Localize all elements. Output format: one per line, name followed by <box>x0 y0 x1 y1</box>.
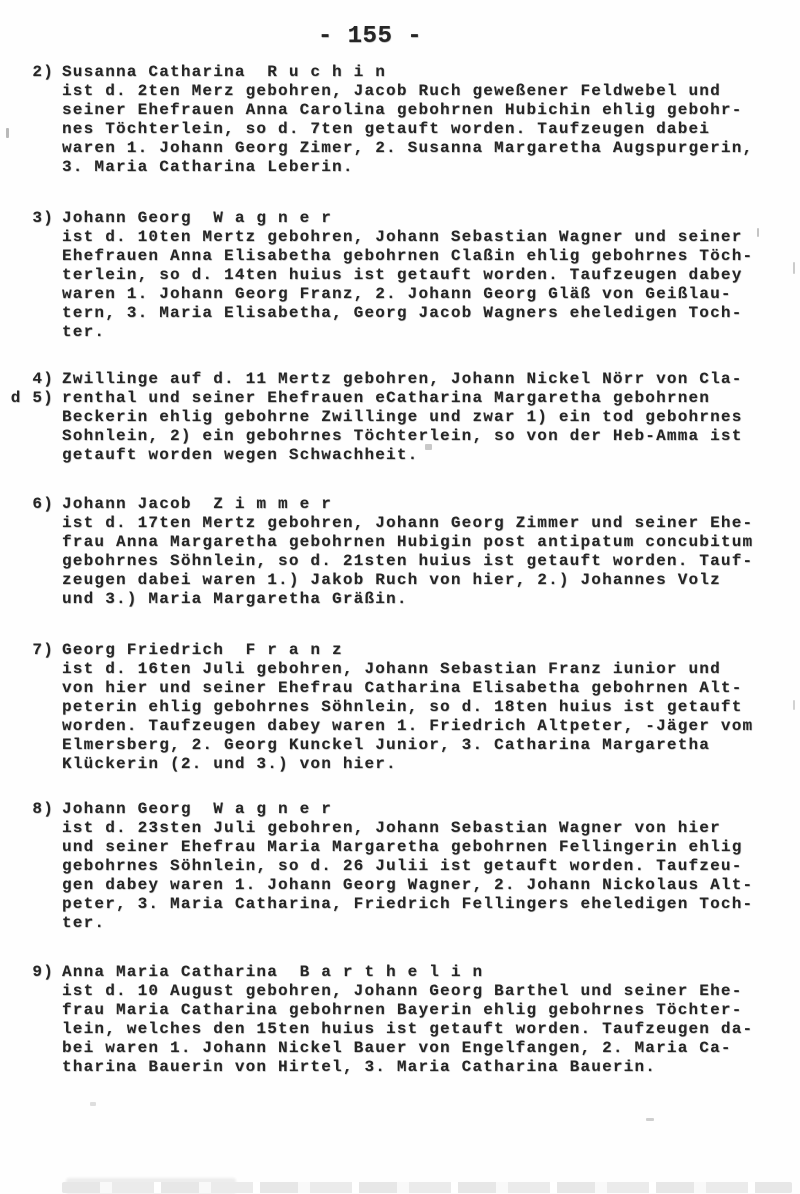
entry-line: Susanna Catharina R u c h i n <box>62 63 800 82</box>
entry-line: Johann Jacob Z i m m e r <box>62 495 800 514</box>
entry-line: ist d. 16ten Juli gebohren, Johann Sebas… <box>62 660 800 679</box>
scanned-register-page: - 155 - 2)Susanna Catharina R u c h i ni… <box>0 0 800 1194</box>
entry-line: Elmersberg, 2. Georg Kunckel Junior, 3. … <box>62 736 800 755</box>
baptism-entry: 6)Johann Jacob Z i m m e rist d. 17ten M… <box>0 495 800 609</box>
entry-number-column: 6) <box>0 495 62 514</box>
baptism-entry: 7)Georg Friedrich F r a n zist d. 16ten … <box>0 641 800 774</box>
entry-line: gebohrnes Söhnlein, so d. 26 Julii ist g… <box>62 857 800 876</box>
entry-line: frau Anna Margaretha gebohrnen Hubigin p… <box>62 533 800 552</box>
entry-line: Ehefrauen Anna Elisabetha gebohrnen Claß… <box>62 247 800 266</box>
scan-noise <box>793 700 795 710</box>
entry-line: gen dabey waren 1. Johann Georg Wagner, … <box>62 876 800 895</box>
baptism-entry: 8)Johann Georg W a g n e rist d. 23sten … <box>0 800 800 933</box>
entry-text: Susanna Catharina R u c h i nist d. 2ten… <box>62 63 800 177</box>
entry-line: Zwillinge auf d. 11 Mertz gebohren, Joha… <box>62 370 800 389</box>
entry-number: 6) <box>0 495 54 514</box>
entry-line: waren 1. Johann Georg Zimer, 2. Susanna … <box>62 139 800 158</box>
baptism-entry: 2)Susanna Catharina R u c h i nist d. 2t… <box>0 63 800 177</box>
scan-noise <box>90 1102 96 1106</box>
entry-line: ter. <box>62 323 800 342</box>
entry-number: 2) <box>0 63 54 82</box>
entry-line: Johann Georg W a g n e r <box>62 209 800 228</box>
entry-line: Georg Friedrich F r a n z <box>62 641 800 660</box>
entry-line: bei waren 1. Johann Nickel Bauer von Eng… <box>62 1039 800 1058</box>
entry-line: frau Maria Catharina gebohrnen Bayerin e… <box>62 1001 800 1020</box>
scan-edge-artifact <box>62 1182 792 1193</box>
scan-noise <box>6 128 9 138</box>
entry-line: tern, 3. Maria Elisabetha, Georg Jacob W… <box>62 304 800 323</box>
entry-text: Anna Maria Catharina B a r t h e l i nis… <box>62 963 800 1077</box>
entry-number-column: 9) <box>0 963 62 982</box>
entry-number: 3) <box>0 209 54 228</box>
entry-line: waren 1. Johann Georg Franz, 2. Johann G… <box>62 285 800 304</box>
entry-text: Johann Georg W a g n e rist d. 10ten Mer… <box>62 209 800 342</box>
entry-line: Beckerin ehlig gebohrne Zwillinge und zw… <box>62 408 800 427</box>
entry-line: und seiner Ehefrau Maria Margaretha gebo… <box>62 838 800 857</box>
scan-noise <box>793 262 795 274</box>
entry-line: 3. Maria Catharina Leberin. <box>62 158 800 177</box>
entry-number-column: 3) <box>0 209 62 228</box>
entry-number-column: 2) <box>0 63 62 82</box>
baptism-entries-list: 2)Susanna Catharina R u c h i nist d. 2t… <box>0 63 800 1077</box>
entry-line: ist d. 17ten Mertz gebohren, Johann Geor… <box>62 514 800 533</box>
entry-text: Johann Jacob Z i m m e rist d. 17ten Mer… <box>62 495 800 609</box>
entry-number: 8) <box>0 800 54 819</box>
baptism-entry: 3)Johann Georg W a g n e rist d. 10ten M… <box>0 209 800 342</box>
scan-noise <box>425 444 432 450</box>
entry-number: 4) <box>0 370 54 389</box>
entry-line: seiner Ehefrauen Anna Carolina gebohrnen… <box>62 101 800 120</box>
scan-noise <box>757 228 759 237</box>
entry-number-column: 4)d 5) <box>0 370 62 408</box>
entry-line: tharina Bauerin von Hirtel, 3. Maria Cat… <box>62 1058 800 1077</box>
entry-line: Anna Maria Catharina B a r t h e l i n <box>62 963 800 982</box>
scan-noise <box>646 1118 654 1121</box>
page-number: - 155 - <box>318 24 422 50</box>
entry-number-column: 7) <box>0 641 62 660</box>
entry-line: renthal und seiner Ehefrauen eCatharina … <box>62 389 800 408</box>
entry-line: ist d. 23sten Juli gebohren, Johann Seba… <box>62 819 800 838</box>
entry-line: Klückerin (2. und 3.) von hier. <box>62 755 800 774</box>
entry-line: und 3.) Maria Margaretha Gräßin. <box>62 590 800 609</box>
entry-line: peterin ehlig gebohrnes Söhnlein, so d. … <box>62 698 800 717</box>
entry-number: d 5) <box>0 389 54 408</box>
baptism-entry: 9)Anna Maria Catharina B a r t h e l i n… <box>0 963 800 1077</box>
entry-text: Johann Georg W a g n e rist d. 23sten Ju… <box>62 800 800 933</box>
entry-text: Zwillinge auf d. 11 Mertz gebohren, Joha… <box>62 370 800 465</box>
entry-line: von hier und seiner Ehefrau Catharina El… <box>62 679 800 698</box>
entry-number: 7) <box>0 641 54 660</box>
entry-line: ter. <box>62 914 800 933</box>
entry-line: peter, 3. Maria Catharina, Friedrich Fel… <box>62 895 800 914</box>
entry-line: worden. Taufzeugen dabey waren 1. Friedr… <box>62 717 800 736</box>
entry-number-column: 8) <box>0 800 62 819</box>
entry-line: terlein, so d. 14ten huius ist getauft w… <box>62 266 800 285</box>
entry-line: gebohrnes Söhnlein, so d. 21sten huius i… <box>62 552 800 571</box>
entry-line: ist d. 10ten Mertz gebohren, Johann Seba… <box>62 228 800 247</box>
entry-line: ist d. 2ten Merz gebohren, Jacob Ruch ge… <box>62 82 800 101</box>
entry-line: Johann Georg W a g n e r <box>62 800 800 819</box>
entry-text: Georg Friedrich F r a n zist d. 16ten Ju… <box>62 641 800 774</box>
baptism-entry: 4)d 5)Zwillinge auf d. 11 Mertz gebohren… <box>0 370 800 465</box>
entry-line: lein, welches den 15ten huius ist getauf… <box>62 1020 800 1039</box>
entry-number: 9) <box>0 963 54 982</box>
entry-line: zeugen dabei waren 1.) Jakob Ruch von hi… <box>62 571 800 590</box>
entry-line: nes Töchterlein, so d. 7ten getauft word… <box>62 120 800 139</box>
entry-line: ist d. 10 August gebohren, Johann Georg … <box>62 982 800 1001</box>
